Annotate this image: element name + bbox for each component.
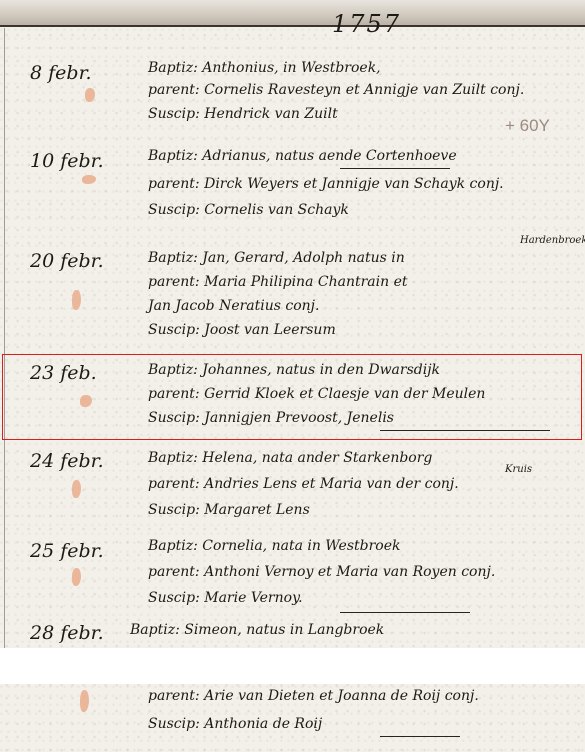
entry-line: parent: Maria Philipina Chantrain et bbox=[148, 274, 407, 290]
margin-annotation: + 60Y bbox=[505, 116, 550, 136]
entry-line: Suscip: Joost van Leersum bbox=[148, 322, 336, 338]
entry-line: parent: Dirck Weyers et Jannigje van Sch… bbox=[148, 176, 504, 192]
scan-gap bbox=[0, 648, 585, 684]
underline bbox=[340, 612, 470, 613]
entry-line: Baptiz: Simeon, natus in Langbroek bbox=[130, 622, 384, 638]
entry-line: parent: Andries Lens et Maria van der co… bbox=[148, 476, 459, 492]
entry-line: Suscip: Hendrick van Zuilt bbox=[148, 106, 338, 122]
entry-line: Suscip: Margaret Lens bbox=[148, 502, 310, 518]
check-mark-icon bbox=[72, 290, 81, 310]
entry-line: Baptiz: Helena, nata ander Starkenborg bbox=[148, 450, 432, 466]
entry-date: 8 febr. bbox=[30, 62, 92, 84]
top-rule bbox=[0, 25, 585, 27]
page-top-edge bbox=[0, 0, 585, 26]
entry-date: 25 febr. bbox=[30, 540, 104, 562]
check-mark-icon bbox=[80, 690, 89, 712]
entry-line: parent: Cornelis Ravesteyn et Annigje va… bbox=[148, 82, 524, 98]
entry-date: 10 febr. bbox=[30, 150, 104, 172]
year-heading: 1757 bbox=[332, 10, 401, 38]
entry-line: Suscip: Anthonia de Roij bbox=[148, 716, 322, 732]
entry-superscript: Hardenbroek bbox=[520, 235, 585, 246]
entry-line: Baptiz: Cornelia, nata in Westbroek bbox=[148, 538, 401, 554]
selection-highlight-box bbox=[2, 354, 582, 440]
left-margin-rule bbox=[4, 28, 5, 648]
check-mark-icon bbox=[85, 88, 95, 102]
underline bbox=[380, 736, 460, 737]
entry-line: parent: Anthoni Vernoy et Maria van Roye… bbox=[148, 564, 495, 580]
entry-line: Suscip: Cornelis van Schayk bbox=[148, 202, 349, 218]
check-mark-icon bbox=[72, 480, 81, 498]
check-mark-icon bbox=[72, 568, 81, 586]
entry-line: Suscip: Marie Vernoy. bbox=[148, 590, 303, 606]
entry-line: parent: Arie van Dieten et Joanna de Roi… bbox=[148, 688, 479, 704]
check-mark-icon bbox=[82, 175, 96, 184]
entry-date: 28 febr. bbox=[30, 622, 104, 644]
entry-line: Baptiz: Adrianus, natus aende Cortenhoev… bbox=[148, 148, 457, 164]
entry-date: 20 febr. bbox=[30, 250, 104, 272]
entry-line: Baptiz: Anthonius, in Westbroek, bbox=[148, 60, 381, 76]
entry-line: Baptiz: Jan, Gerard, Adolph natus in bbox=[148, 250, 405, 266]
entry-line: Jan Jacob Neratius conj. bbox=[148, 298, 319, 314]
entry-superscript: Kruis bbox=[505, 464, 532, 475]
entry-date: 24 febr. bbox=[30, 450, 104, 472]
underline bbox=[340, 168, 450, 169]
register-page: 1757 + 60Y 8 febr. Baptiz: Anthonius, in… bbox=[0, 0, 585, 752]
